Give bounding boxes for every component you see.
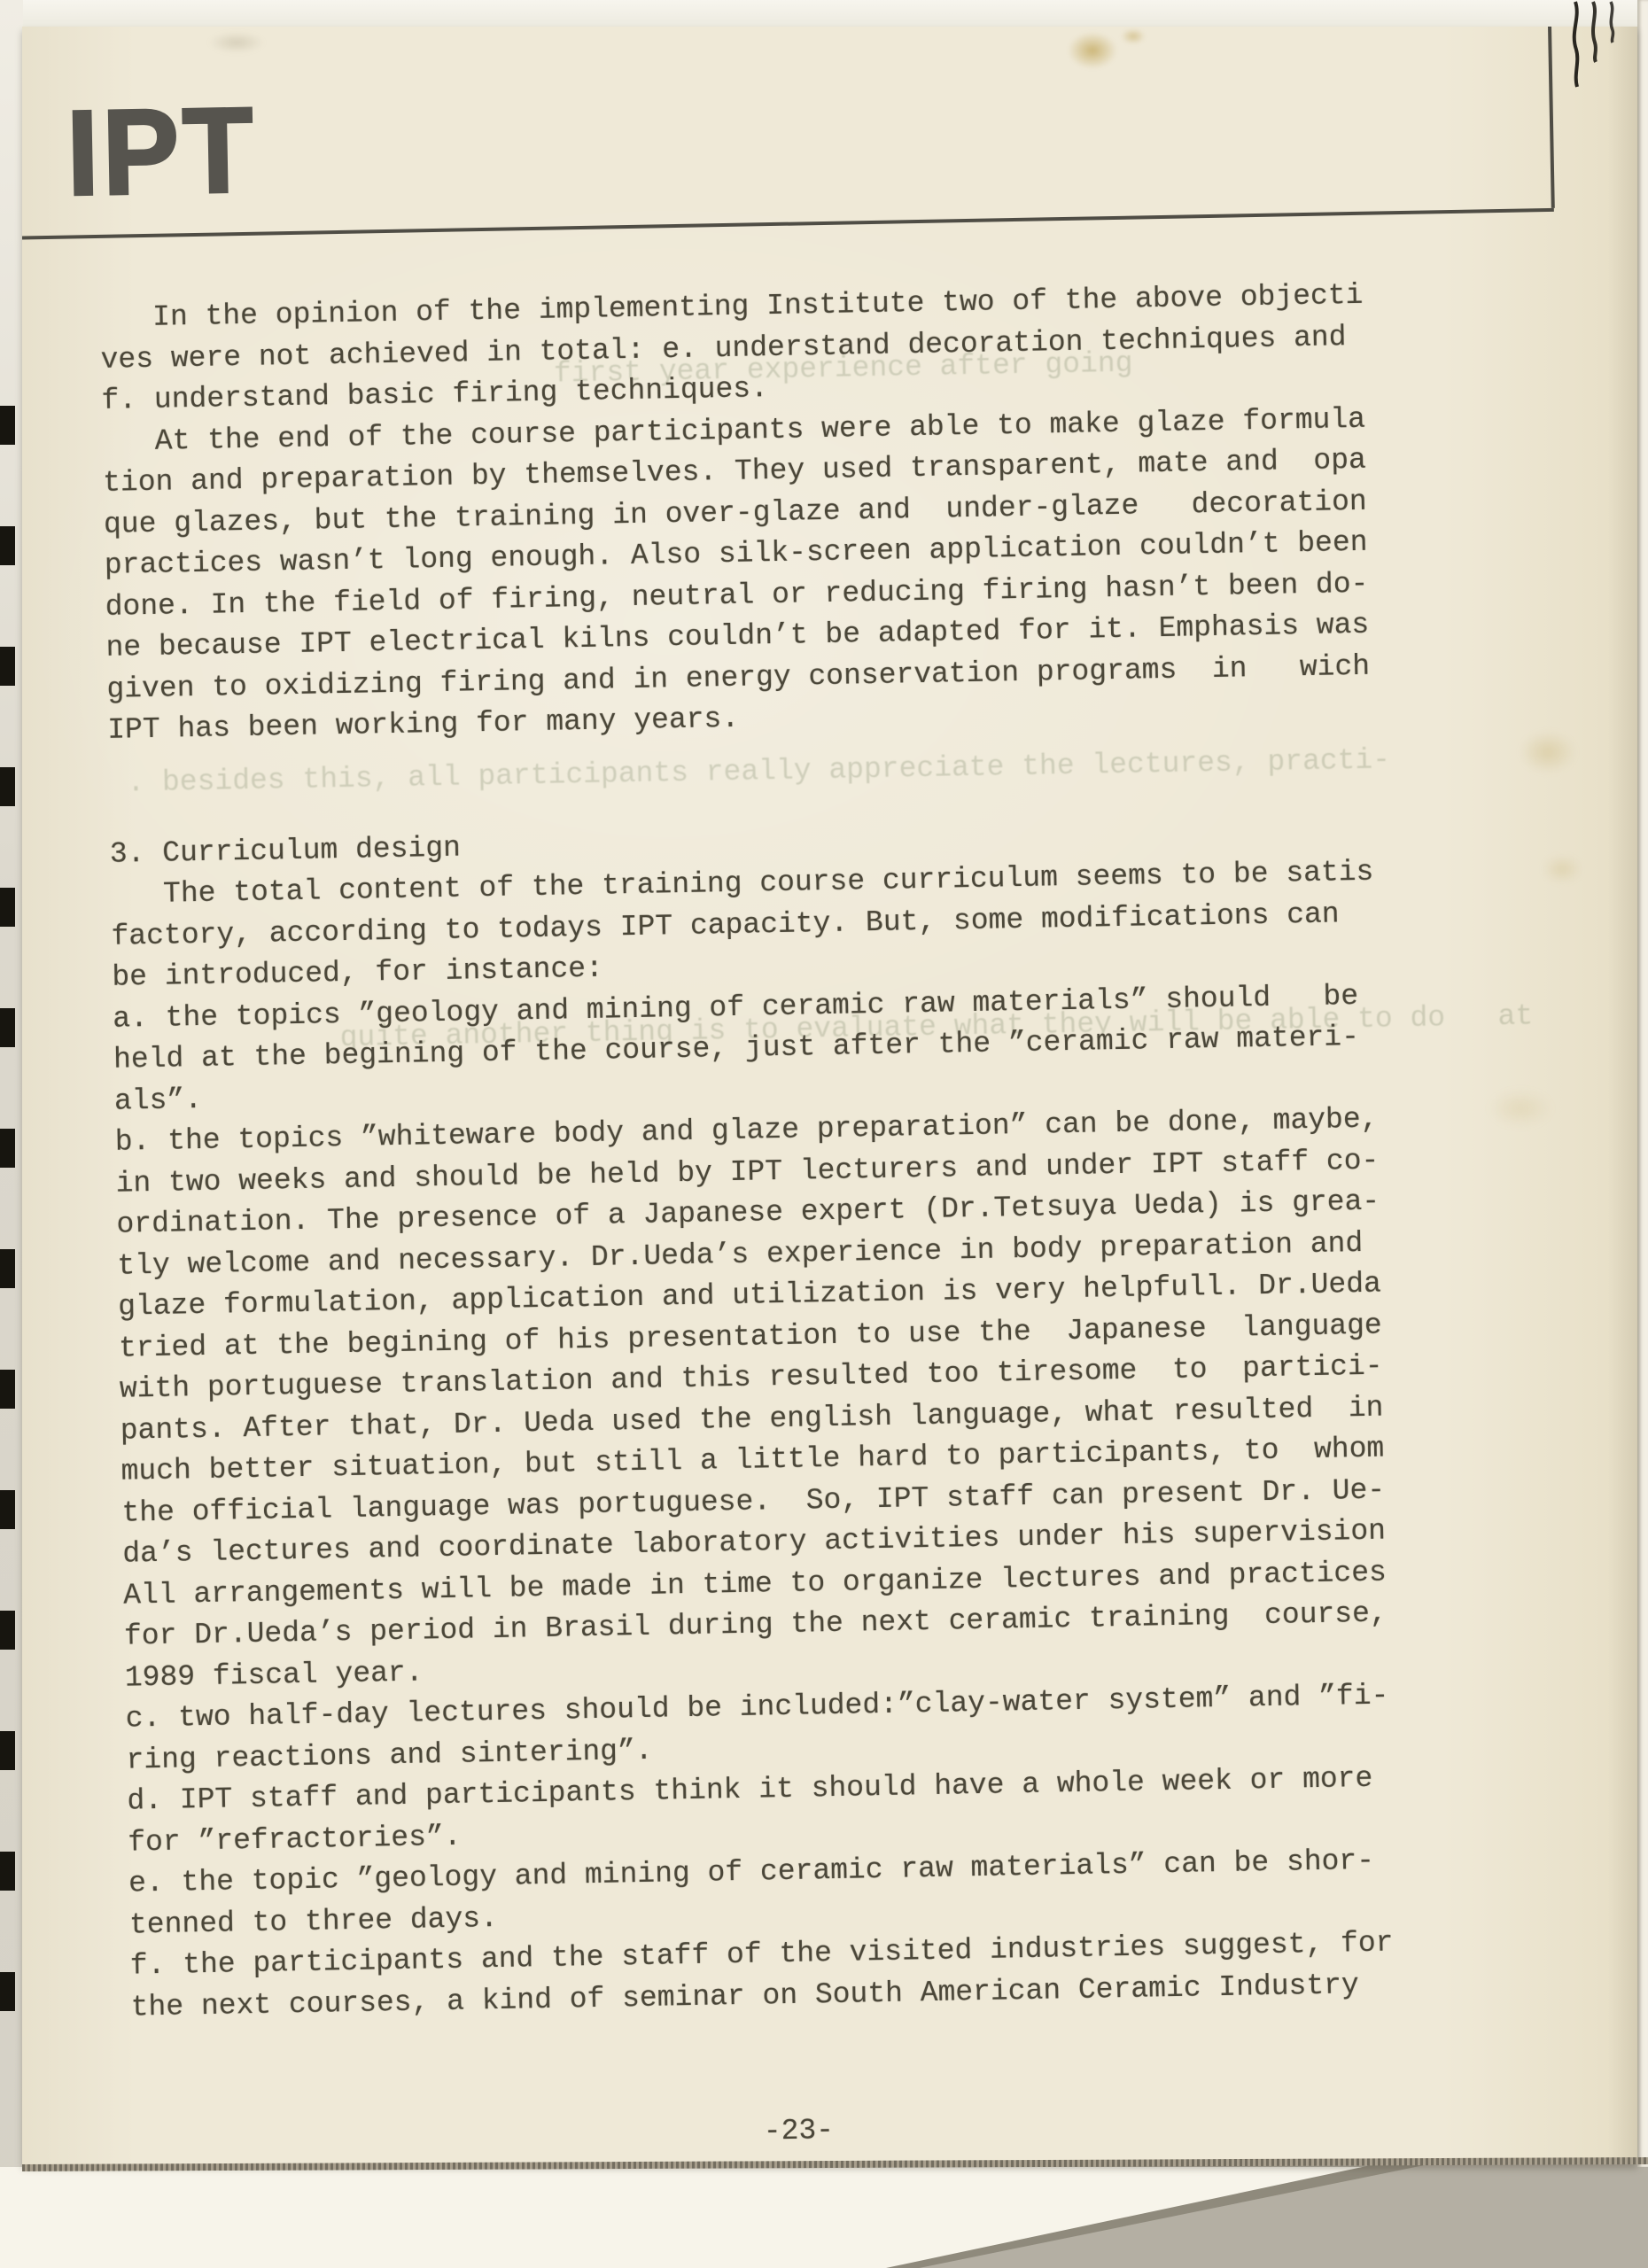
document-text: In the opinion of the implementing Insti… [99, 279, 1394, 2032]
ipt-logo: IPT [66, 89, 258, 213]
page-container: IPT first year experience after going. b… [22, 27, 1637, 2164]
page-number: -23- [710, 2113, 888, 2149]
letterhead-vertical-rule [1548, 27, 1555, 208]
upper-page-edge [0, 0, 1648, 27]
binding-marks [0, 406, 15, 2015]
page-content: IPT first year experience after going. b… [22, 27, 1637, 2164]
right-page-edge [1637, 0, 1648, 2167]
page-edge-shade [1607, 27, 1637, 2164]
binding-coil-icon [1566, 0, 1630, 92]
scanned-report-photo: { "document": { "letterhead": { "logo_te… [0, 0, 1648, 2268]
